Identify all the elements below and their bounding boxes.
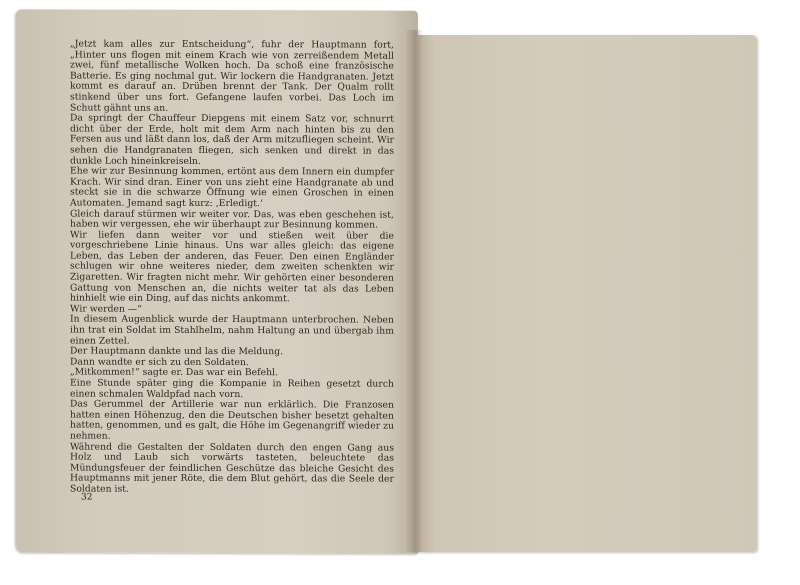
paragraph: Gleich darauf stürmen wir weiter vor. Da… bbox=[70, 209, 394, 231]
paragraph: Während die Gestalten der Soldaten durch… bbox=[70, 442, 394, 496]
paragraph: Eine Stunde später ging die Kompanie in … bbox=[70, 378, 394, 400]
paragraph: Wir liefen dann weiter vor und stießen w… bbox=[70, 230, 394, 305]
open-book: „Jetzt kam alles zur Entscheidung“, fuhr… bbox=[0, 0, 800, 585]
body-text: „Jetzt kam alles zur Entscheidung“, fuhr… bbox=[70, 39, 394, 496]
right-page-blank bbox=[414, 35, 757, 552]
paragraph: Da springt der Chauffeur Diepgens mit ei… bbox=[70, 114, 394, 168]
book-gutter bbox=[405, 30, 423, 552]
paragraph: Ehe wir zur Besinnung kommen, ertönt aus… bbox=[70, 167, 394, 211]
paragraph: „Jetzt kam alles zur Entscheidung“, fuhr… bbox=[70, 39, 394, 114]
left-page: „Jetzt kam alles zur Entscheidung“, fuhr… bbox=[16, 9, 418, 553]
page-number: 32 bbox=[81, 493, 92, 503]
paragraph: Das Gerummel der Artillerie war nun erkl… bbox=[70, 400, 394, 444]
paragraph: In diesem Augenblick wurde der Hauptmann… bbox=[70, 315, 394, 348]
